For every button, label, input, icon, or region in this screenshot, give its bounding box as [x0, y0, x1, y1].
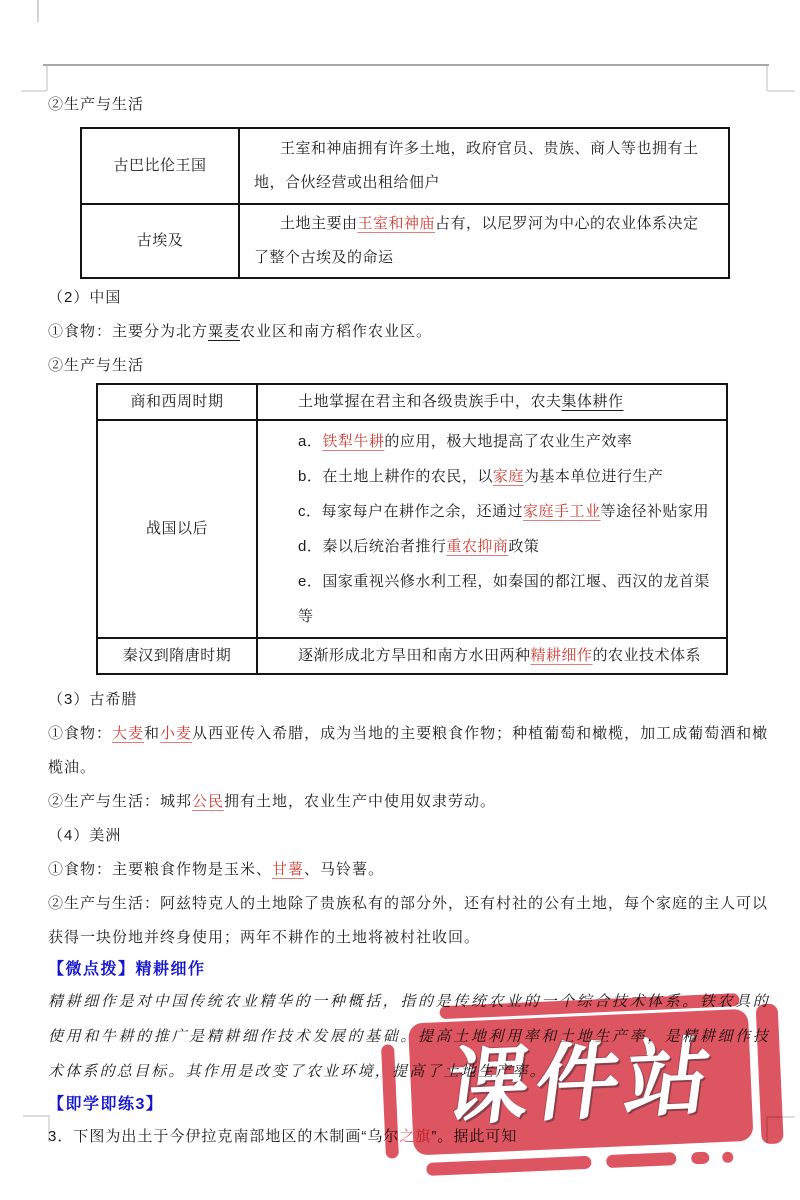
desc-text: 土地掌握在君主和各级贵族手中，农夫集体耕作 [272, 388, 712, 416]
list-item: a．铁犁牛耕的应用，极大地提高了农业生产效率 [272, 424, 712, 459]
stamp-border-bottom [722, 1152, 733, 1163]
term-cell: 商和西周时期 [97, 384, 257, 420]
stamp-border-right [756, 1003, 784, 1144]
term-cell: 古埃及 [81, 204, 239, 278]
crop-mark-top-right [767, 90, 795, 92]
stamp-border-bottom [426, 1156, 591, 1176]
document-content: ②生产与生活 古巴比伦王国 王室和神庙拥有许多土地，政府官员、贵族、商人等也拥有… [48, 88, 770, 1153]
page-edge-stub [37, 0, 39, 22]
desc-cell: 土地主要由王室和神庙占有，以尼罗河为中心的农业体系决定了整个古埃及的命运 [239, 204, 729, 278]
stamp-text: 课件站 [440, 1034, 721, 1130]
paragraph-america-food: ①食物：主要粮食作物是玉米、甘薯、马铃薯。 [48, 853, 770, 887]
table-china-periods: 商和西周时期 土地掌握在君主和各级贵族手中，农夫集体耕作 战国以后 a．铁犁牛耕… [96, 383, 728, 675]
table-row: 战国以后 a．铁犁牛耕的应用，极大地提高了农业生产效率 b．在土地上耕作的农民，… [97, 420, 727, 638]
list-item: b．在土地上耕作的农民，以家庭为基本单位进行生产 [272, 459, 712, 494]
paragraph-america-production: ②生产与生活：阿兹特克人的土地除了贵族私有的部分外，还有村社的公有土地，每个家庭… [48, 887, 770, 955]
heading-america: （4）美洲 [48, 819, 770, 853]
desc-cell: 土地掌握在君主和各级贵族手中，农夫集体耕作 [257, 384, 727, 420]
crop-mark-top-left [21, 90, 47, 92]
desc-cell: a．铁犁牛耕的应用，极大地提高了农业生产效率 b．在土地上耕作的农民，以家庭为基… [257, 420, 727, 638]
paragraph-greece-production: ②生产与生活：城邦公民拥有土地，农业生产中使用奴隶劳动。 [48, 785, 770, 819]
term-cell: 战国以后 [97, 420, 257, 638]
watermark-stamp: 课件站 [379, 991, 788, 1180]
heading-greece: （3）古希腊 [48, 683, 770, 717]
crop-mark-bottom-left [23, 1115, 50, 1117]
heading-china: （2）中国 [48, 281, 770, 315]
paragraph-china-food: ①食物：主要分为北方粟麦农业区和南方稻作农业区。 [48, 315, 770, 349]
table-row: 秦汉到隋唐时期 逐渐形成北方旱田和南方水田两种精耕细作的农业技术体系 [97, 638, 727, 674]
page-separator-line [43, 64, 769, 66]
term-cell: 古巴比伦王国 [81, 128, 239, 204]
desc-text: 土地主要由王室和神庙占有，以尼罗河为中心的农业体系决定了整个古埃及的命运 [254, 207, 714, 275]
list-item: d．秦以后统治者推行重农抑商政策 [272, 529, 712, 564]
stamp-body: 课件站 [408, 1009, 753, 1156]
table-row: 古巴比伦王国 王室和神庙拥有许多土地，政府官员、贵族、商人等也拥有土地，合伙经营… [81, 128, 729, 204]
table-row: 古埃及 土地主要由王室和神庙占有，以尼罗河为中心的农业体系决定了整个古埃及的命运 [81, 204, 729, 278]
desc-text: 王室和神庙拥有许多土地，政府官员、贵族、商人等也拥有土地，合伙经营或出租给佃户 [254, 132, 714, 200]
table-row: 商和西周时期 土地掌握在君主和各级贵族手中，农夫集体耕作 [97, 384, 727, 420]
stamp-border-bottom [606, 1152, 677, 1168]
list-item: c．每家每户在耕作之余，还通过家庭手工业等途径补贴家用 [272, 494, 712, 529]
document-page: ②生产与生活 古巴比伦王国 王室和神庙拥有许多土地，政府官员、贵族、商人等也拥有… [0, 0, 800, 1200]
desc-cell: 王室和神庙拥有许多土地，政府官员、贵族、商人等也拥有土地，合伙经营或出租给佃户 [239, 128, 729, 204]
desc-cell: 逐渐形成北方旱田和南方水田两种精耕细作的农业技术体系 [257, 638, 727, 674]
paragraph-greece-food: ①食物：大麦和小麦从西亚传入希腊，成为当地的主要粮食作物；种植葡萄和橄榄，加工成… [48, 717, 770, 785]
heading-production-life-2: ②生产与生活 [48, 349, 770, 383]
heading-production-life-1: ②生产与生活 [48, 88, 770, 122]
heading-tip: 【微点拨】精耕细作 [48, 955, 770, 985]
list-item: e．国家重视兴修水利工程，如秦国的都江堰、西汉的龙首渠等 [272, 564, 712, 634]
stamp-border-bottom [691, 1152, 710, 1165]
table-ancient-civilizations: 古巴比伦王国 王室和神庙拥有许多土地，政府官员、贵族、商人等也拥有土地，合伙经营… [80, 127, 730, 279]
term-cell: 秦汉到隋唐时期 [97, 638, 257, 674]
desc-text: 逐渐形成北方旱田和南方水田两种精耕细作的农业技术体系 [272, 642, 712, 670]
